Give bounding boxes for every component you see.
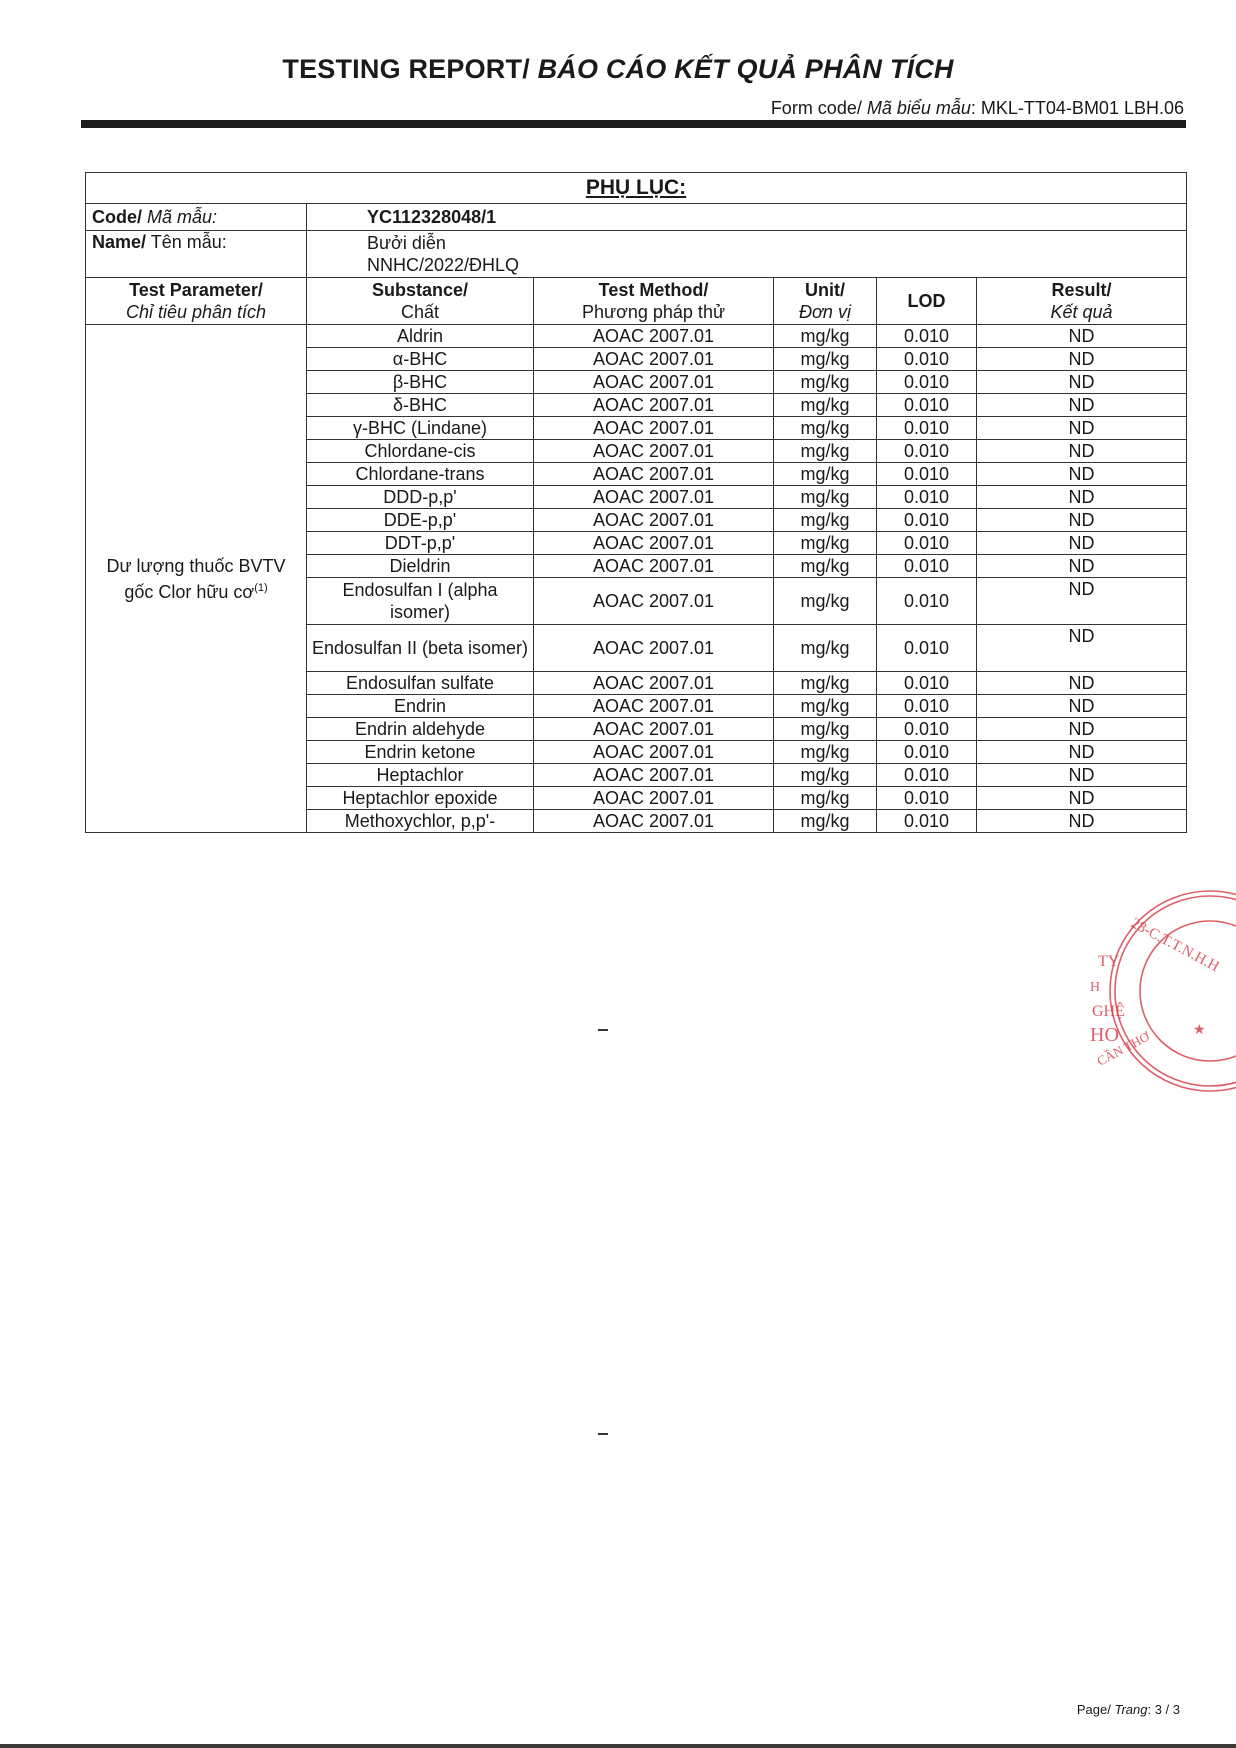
page-value: : 3 / 3 (1147, 1702, 1180, 1717)
form-code-label-vi: Mã biểu mẫu (867, 98, 971, 118)
result-cell: ND (977, 718, 1187, 741)
header-lod: LOD (877, 278, 977, 325)
method-cell: AOAC 2007.01 (534, 509, 774, 532)
stamp-line: HO (1090, 1024, 1119, 1046)
header-test-method: Test Method/ Phương pháp thử (534, 278, 774, 325)
lod-cell: 0.010 (877, 764, 977, 787)
sample-name-row: Name/ Tên mẫu: Bưởi diễn NNHC/2022/ĐHLQ (86, 231, 1187, 278)
method-cell: AOAC 2007.01 (534, 695, 774, 718)
lod-cell: 0.010 (877, 672, 977, 695)
report-title: TESTING REPORT/ BÁO CÁO KẾT QUẢ PHÂN TÍC… (0, 54, 1236, 85)
lod-cell: 0.010 (877, 348, 977, 371)
lod-cell: 0.010 (877, 810, 977, 833)
substance-cell: Endosulfan sulfate (307, 672, 534, 695)
method-cell: AOAC 2007.01 (534, 394, 774, 417)
method-cell: AOAC 2007.01 (534, 440, 774, 463)
header-en: Unit/ (778, 279, 872, 301)
header-substance: Substance/ Chất (307, 278, 534, 325)
result-cell: ND (977, 532, 1187, 555)
substance-cell: Endrin (307, 695, 534, 718)
lod-cell: 0.010 (877, 578, 977, 625)
sample-name-label-vi: Tên mẫu: (151, 232, 227, 252)
lod-cell: 0.010 (877, 325, 977, 348)
footnote-ref: (1) (254, 582, 267, 594)
appendix-title: PHỤ LỤC: (86, 173, 1187, 204)
header-vi: Chỉ tiêu phân tích (90, 301, 302, 323)
header-en: Substance/ (311, 279, 529, 301)
substance-cell: γ-BHC (Lindane) (307, 417, 534, 440)
method-cell: AOAC 2007.01 (534, 787, 774, 810)
result-cell: ND (977, 672, 1187, 695)
substance-cell: β-BHC (307, 371, 534, 394)
unit-cell: mg/kg (774, 440, 877, 463)
appendix-row: PHỤ LỤC: (86, 173, 1187, 204)
method-cell: AOAC 2007.01 (534, 555, 774, 578)
result-cell: ND (977, 394, 1187, 417)
unit-cell: mg/kg (774, 625, 877, 672)
unit-cell: mg/kg (774, 741, 877, 764)
result-cell: ND (977, 509, 1187, 532)
scan-bottom-edge (0, 1744, 1236, 1748)
unit-cell: mg/kg (774, 348, 877, 371)
method-cell: AOAC 2007.01 (534, 672, 774, 695)
sample-code-label-en: Code/ (92, 207, 142, 227)
substance-cell: δ-BHC (307, 394, 534, 417)
unit-cell: mg/kg (774, 810, 877, 833)
unit-cell: mg/kg (774, 764, 877, 787)
unit-cell: mg/kg (774, 486, 877, 509)
method-cell: AOAC 2007.01 (534, 417, 774, 440)
substance-cell: Endrin ketone (307, 741, 534, 764)
result-cell: ND (977, 417, 1187, 440)
result-cell: ND (977, 787, 1187, 810)
substance-cell: Heptachlor (307, 764, 534, 787)
header-en: LOD (881, 290, 972, 312)
unit-cell: mg/kg (774, 718, 877, 741)
method-cell: AOAC 2007.01 (534, 718, 774, 741)
sample-code-row: Code/ Mã mẫu: YC112328048/1 (86, 204, 1187, 231)
scan-mark (598, 1433, 608, 1435)
header-unit: Unit/ Đơn vị (774, 278, 877, 325)
result-cell: ND (977, 695, 1187, 718)
substance-cell: Heptachlor epoxide (307, 787, 534, 810)
lod-cell: 0.010 (877, 463, 977, 486)
substance-cell: Dieldrin (307, 555, 534, 578)
sample-name-value: Bưởi diễn NNHC/2022/ĐHLQ (307, 231, 1187, 278)
report-title-en: TESTING REPORT/ (282, 54, 530, 84)
substance-cell: DDT-p,p' (307, 532, 534, 555)
method-cell: AOAC 2007.01 (534, 578, 774, 625)
unit-cell: mg/kg (774, 695, 877, 718)
header-vi: Kết quả (981, 301, 1182, 323)
results-table: PHỤ LỤC: Code/ Mã mẫu: YC112328048/1 Nam… (85, 172, 1187, 833)
page-label-vi: Trang (1114, 1702, 1147, 1717)
substance-cell: Chlordane-cis (307, 440, 534, 463)
test-parameter-text: Dư lượng thuốc BVTV gốc Clor hữu cơ (107, 556, 286, 602)
method-cell: AOAC 2007.01 (534, 371, 774, 394)
page-number: Page/ Trang: 3 / 3 (1077, 1702, 1180, 1717)
lod-cell: 0.010 (877, 394, 977, 417)
header-result: Result/ Kết quả (977, 278, 1187, 325)
substance-cell: α-BHC (307, 348, 534, 371)
stamp-arc-text: 28-C.T.T.N.H.H (1128, 915, 1222, 975)
unit-cell: mg/kg (774, 555, 877, 578)
method-cell: AOAC 2007.01 (534, 463, 774, 486)
unit-cell: mg/kg (774, 672, 877, 695)
unit-cell: mg/kg (774, 463, 877, 486)
result-cell: ND (977, 440, 1187, 463)
report-title-vi: BÁO CÁO KẾT QUẢ PHÂN TÍCH (538, 54, 954, 84)
lod-cell: 0.010 (877, 509, 977, 532)
substance-cell: Endosulfan I (alpha isomer) (307, 578, 534, 625)
sample-name-label: Name/ Tên mẫu: (86, 231, 307, 278)
result-cell: ND (977, 555, 1187, 578)
stamp-line: H (1090, 980, 1100, 995)
unit-cell: mg/kg (774, 394, 877, 417)
unit-cell: mg/kg (774, 325, 877, 348)
substance-cell: Endosulfan II (beta isomer) (307, 625, 534, 672)
result-cell: ND (977, 371, 1187, 394)
form-code-value: : MKL-TT04-BM01 LBH.06 (971, 98, 1184, 118)
result-cell: ND (977, 810, 1187, 833)
lod-cell: 0.010 (877, 555, 977, 578)
substance-cell: DDE-p,p' (307, 509, 534, 532)
stamp-line: GHỆ (1092, 1001, 1125, 1020)
result-cell: ND (977, 764, 1187, 787)
lod-cell: 0.010 (877, 371, 977, 394)
result-cell: ND (977, 325, 1187, 348)
unit-cell: mg/kg (774, 417, 877, 440)
unit-cell: mg/kg (774, 787, 877, 810)
result-cell: ND (977, 625, 1187, 672)
header-test-parameter: Test Parameter/ Chỉ tiêu phân tích (86, 278, 307, 325)
result-cell: ND (977, 463, 1187, 486)
test-parameter-cell: Dư lượng thuốc BVTV gốc Clor hữu cơ(1) (86, 325, 307, 833)
lod-cell: 0.010 (877, 486, 977, 509)
substance-cell: Chlordane-trans (307, 463, 534, 486)
method-cell: AOAC 2007.01 (534, 348, 774, 371)
table-body: Dư lượng thuốc BVTV gốc Clor hữu cơ(1)Al… (86, 325, 1187, 833)
unit-cell: mg/kg (774, 509, 877, 532)
sample-code-value: YC112328048/1 (307, 204, 1187, 231)
form-code: Form code/ Mã biểu mẫu: MKL-TT04-BM01 LB… (771, 98, 1184, 119)
lod-cell: 0.010 (877, 532, 977, 555)
header-vi: Đơn vị (778, 301, 872, 323)
stamp-line: TY (1098, 953, 1120, 970)
header-vi: Chất (311, 301, 529, 323)
header-en: Test Method/ (538, 279, 769, 301)
substance-cell: Endrin aldehyde (307, 718, 534, 741)
method-cell: AOAC 2007.01 (534, 810, 774, 833)
company-seal-stamp: 28-C.T.T.N.H.H CẦN THƠ TY H GHỆ HO ★ (1060, 886, 1236, 1096)
method-cell: AOAC 2007.01 (534, 625, 774, 672)
scan-mark (598, 1029, 608, 1031)
form-code-label-en: Form code/ (771, 98, 862, 118)
substance-cell: Aldrin (307, 325, 534, 348)
result-cell: ND (977, 348, 1187, 371)
substance-cell: Methoxychlor, p,p'- (307, 810, 534, 833)
unit-cell: mg/kg (774, 532, 877, 555)
lod-cell: 0.010 (877, 625, 977, 672)
lod-cell: 0.010 (877, 417, 977, 440)
result-cell: ND (977, 578, 1187, 625)
lod-cell: 0.010 (877, 440, 977, 463)
lod-cell: 0.010 (877, 741, 977, 764)
lod-cell: 0.010 (877, 787, 977, 810)
header-en: Result/ (981, 279, 1182, 301)
sample-code-label-vi: Mã mẫu: (147, 207, 217, 227)
lod-cell: 0.010 (877, 718, 977, 741)
method-cell: AOAC 2007.01 (534, 532, 774, 555)
substance-cell: DDD-p,p' (307, 486, 534, 509)
method-cell: AOAC 2007.01 (534, 764, 774, 787)
unit-cell: mg/kg (774, 578, 877, 625)
header-en: Test Parameter/ (90, 279, 302, 301)
stamp-star: ★ (1193, 1023, 1206, 1038)
page-label-en: Page/ (1077, 1702, 1111, 1717)
result-cell: ND (977, 486, 1187, 509)
method-cell: AOAC 2007.01 (534, 741, 774, 764)
unit-cell: mg/kg (774, 371, 877, 394)
header-vi: Phương pháp thử (538, 301, 769, 323)
method-cell: AOAC 2007.01 (534, 486, 774, 509)
header-rule (81, 120, 1186, 128)
sample-code-label: Code/ Mã mẫu: (86, 204, 307, 231)
table-header-row: Test Parameter/ Chỉ tiêu phân tích Subst… (86, 278, 1187, 325)
lod-cell: 0.010 (877, 695, 977, 718)
table-row: Dư lượng thuốc BVTV gốc Clor hữu cơ(1)Al… (86, 325, 1187, 348)
sample-name-line1: Bưởi diễn (367, 232, 1182, 254)
method-cell: AOAC 2007.01 (534, 325, 774, 348)
sample-name-label-en: Name/ (92, 232, 146, 252)
result-cell: ND (977, 741, 1187, 764)
sample-name-line2: NNHC/2022/ĐHLQ (367, 254, 1182, 276)
